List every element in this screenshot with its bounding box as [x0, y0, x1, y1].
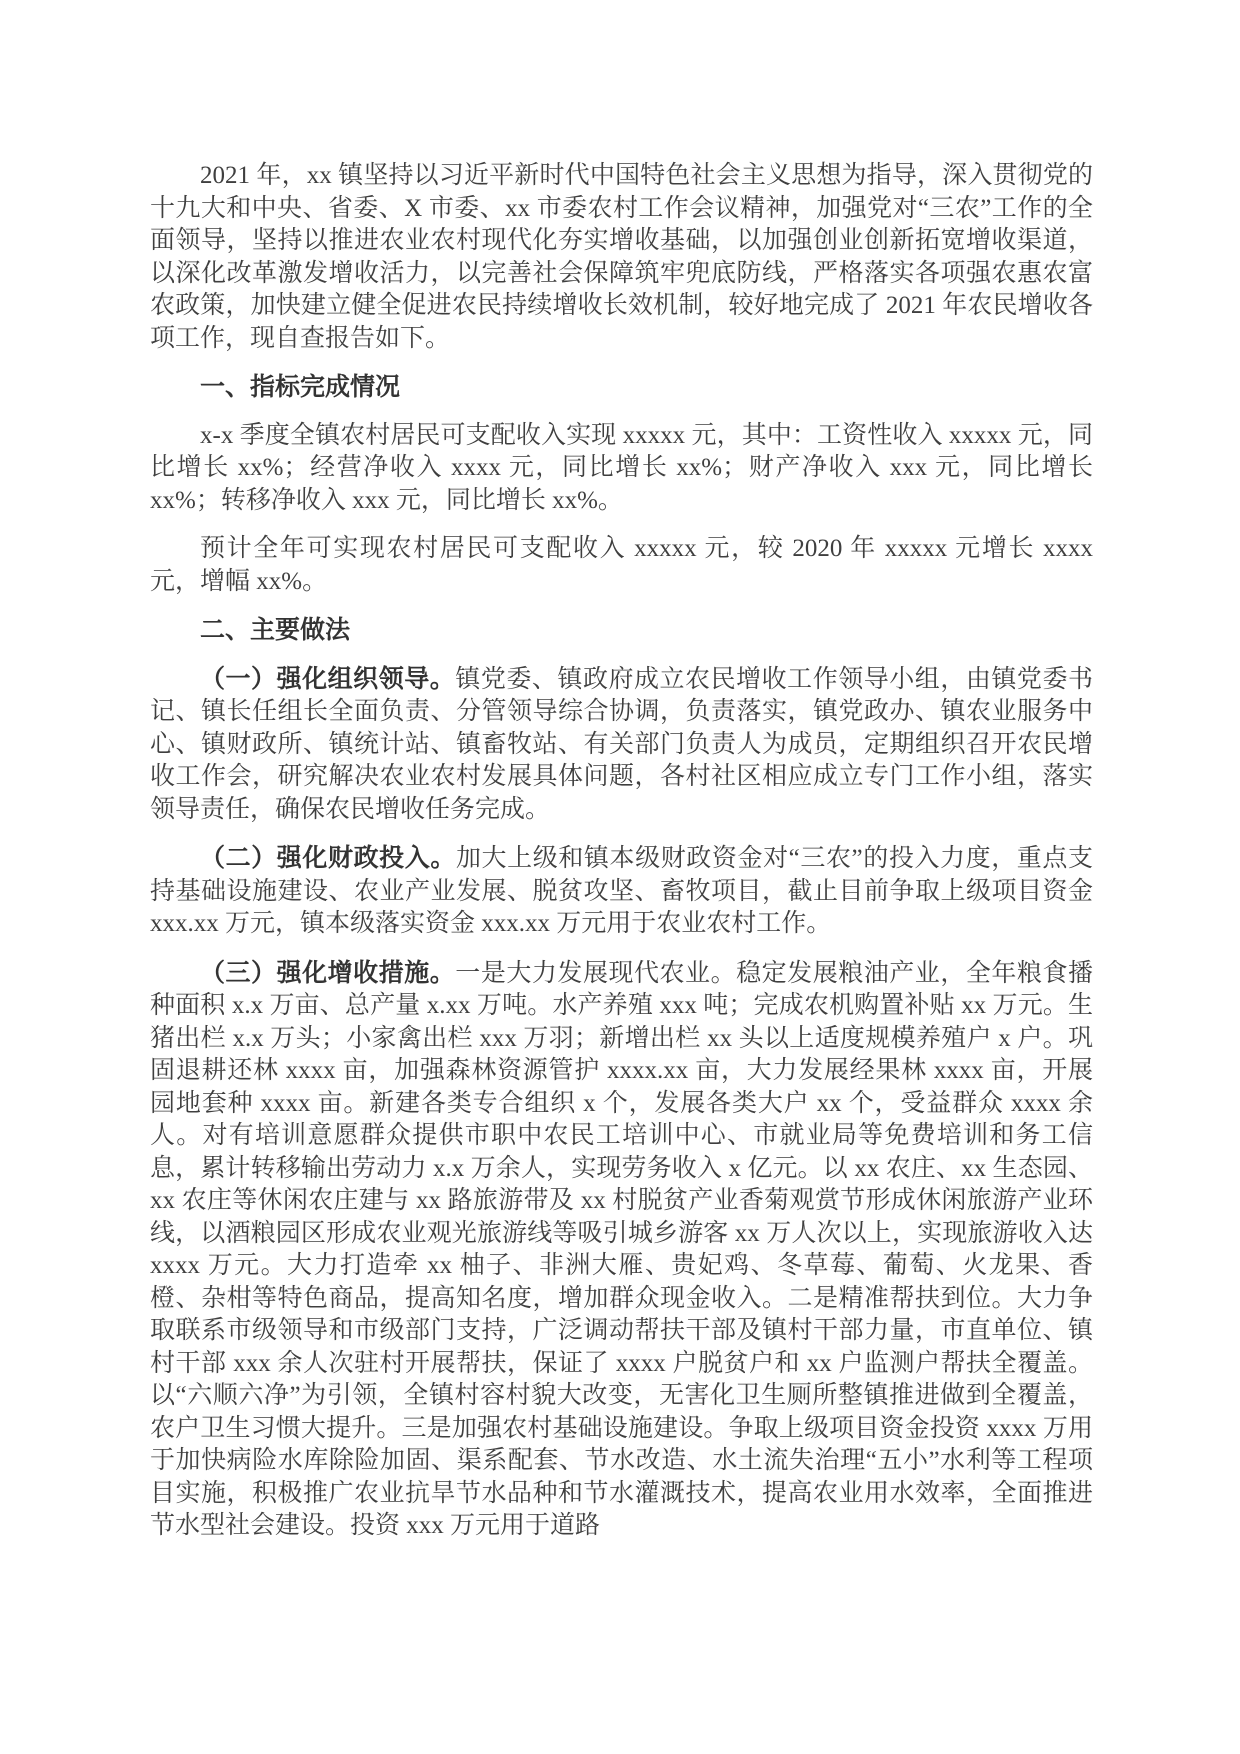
intro-paragraph: 2021 年，xx 镇坚持以习近平新时代中国特色社会主义思想为指导，深入贯彻党的…: [150, 160, 1093, 355]
document-body: 2021 年，xx 镇坚持以习近平新时代中国特色社会主义思想为指导，深入贯彻党的…: [150, 160, 1093, 1543]
document-page: 2021 年，xx 镇坚持以习近平新时代中国特色社会主义思想为指导，深入贯彻党的…: [0, 0, 1240, 1754]
measure-1-paragraph: （一）强化组织领导。镇党委、镇政府成立农民增收工作领导小组，由镇党委书记、镇长任…: [150, 663, 1093, 827]
measure-3-paragraph: （三）强化增收措施。一是大力发展现代农业。稳定发展粮油产业，全年粮食播种面积 x…: [150, 957, 1093, 1543]
bold-text-run: 二、主要做法: [200, 615, 350, 644]
bold-text-run: （一）强化组织领导。: [200, 664, 455, 693]
text-run: 2021 年，xx 镇坚持以习近平新时代中国特色社会主义思想为指导，深入贯彻党的…: [150, 162, 1093, 352]
measure-2-paragraph: （二）强化财政投入。加大上级和镇本级财政资金对“三农”的投入力度，重点支持基础设…: [150, 842, 1093, 941]
quarter-income-paragraph: x-x 季度全镇农村居民可支配收入实现 xxxxx 元，其中：工资性收入 xxx…: [150, 420, 1093, 518]
annual-forecast-paragraph: 预计全年可实现农村居民可支配收入 xxxxx 元，较 2020 年 xxxxx …: [150, 533, 1093, 598]
text-run: 预计全年可实现农村居民可支配收入 xxxxx 元，较 2020 年 xxxxx …: [150, 535, 1093, 595]
section-1-heading: 一、指标完成情况: [150, 371, 1093, 404]
bold-text-run: 一、指标完成情况: [200, 372, 400, 401]
bold-text-run: （三）强化增收措施。: [200, 958, 455, 987]
bold-text-run: （二）强化财政投入。: [200, 843, 456, 872]
text-run: 一是大力发展现代农业。稳定发展粮油产业，全年粮食播种面积 x.x 万亩、总产量 …: [150, 960, 1093, 1540]
section-2-heading: 二、主要做法: [150, 614, 1093, 647]
text-run: x-x 季度全镇农村居民可支配收入实现 xxxxx 元，其中：工资性收入 xxx…: [150, 422, 1093, 514]
